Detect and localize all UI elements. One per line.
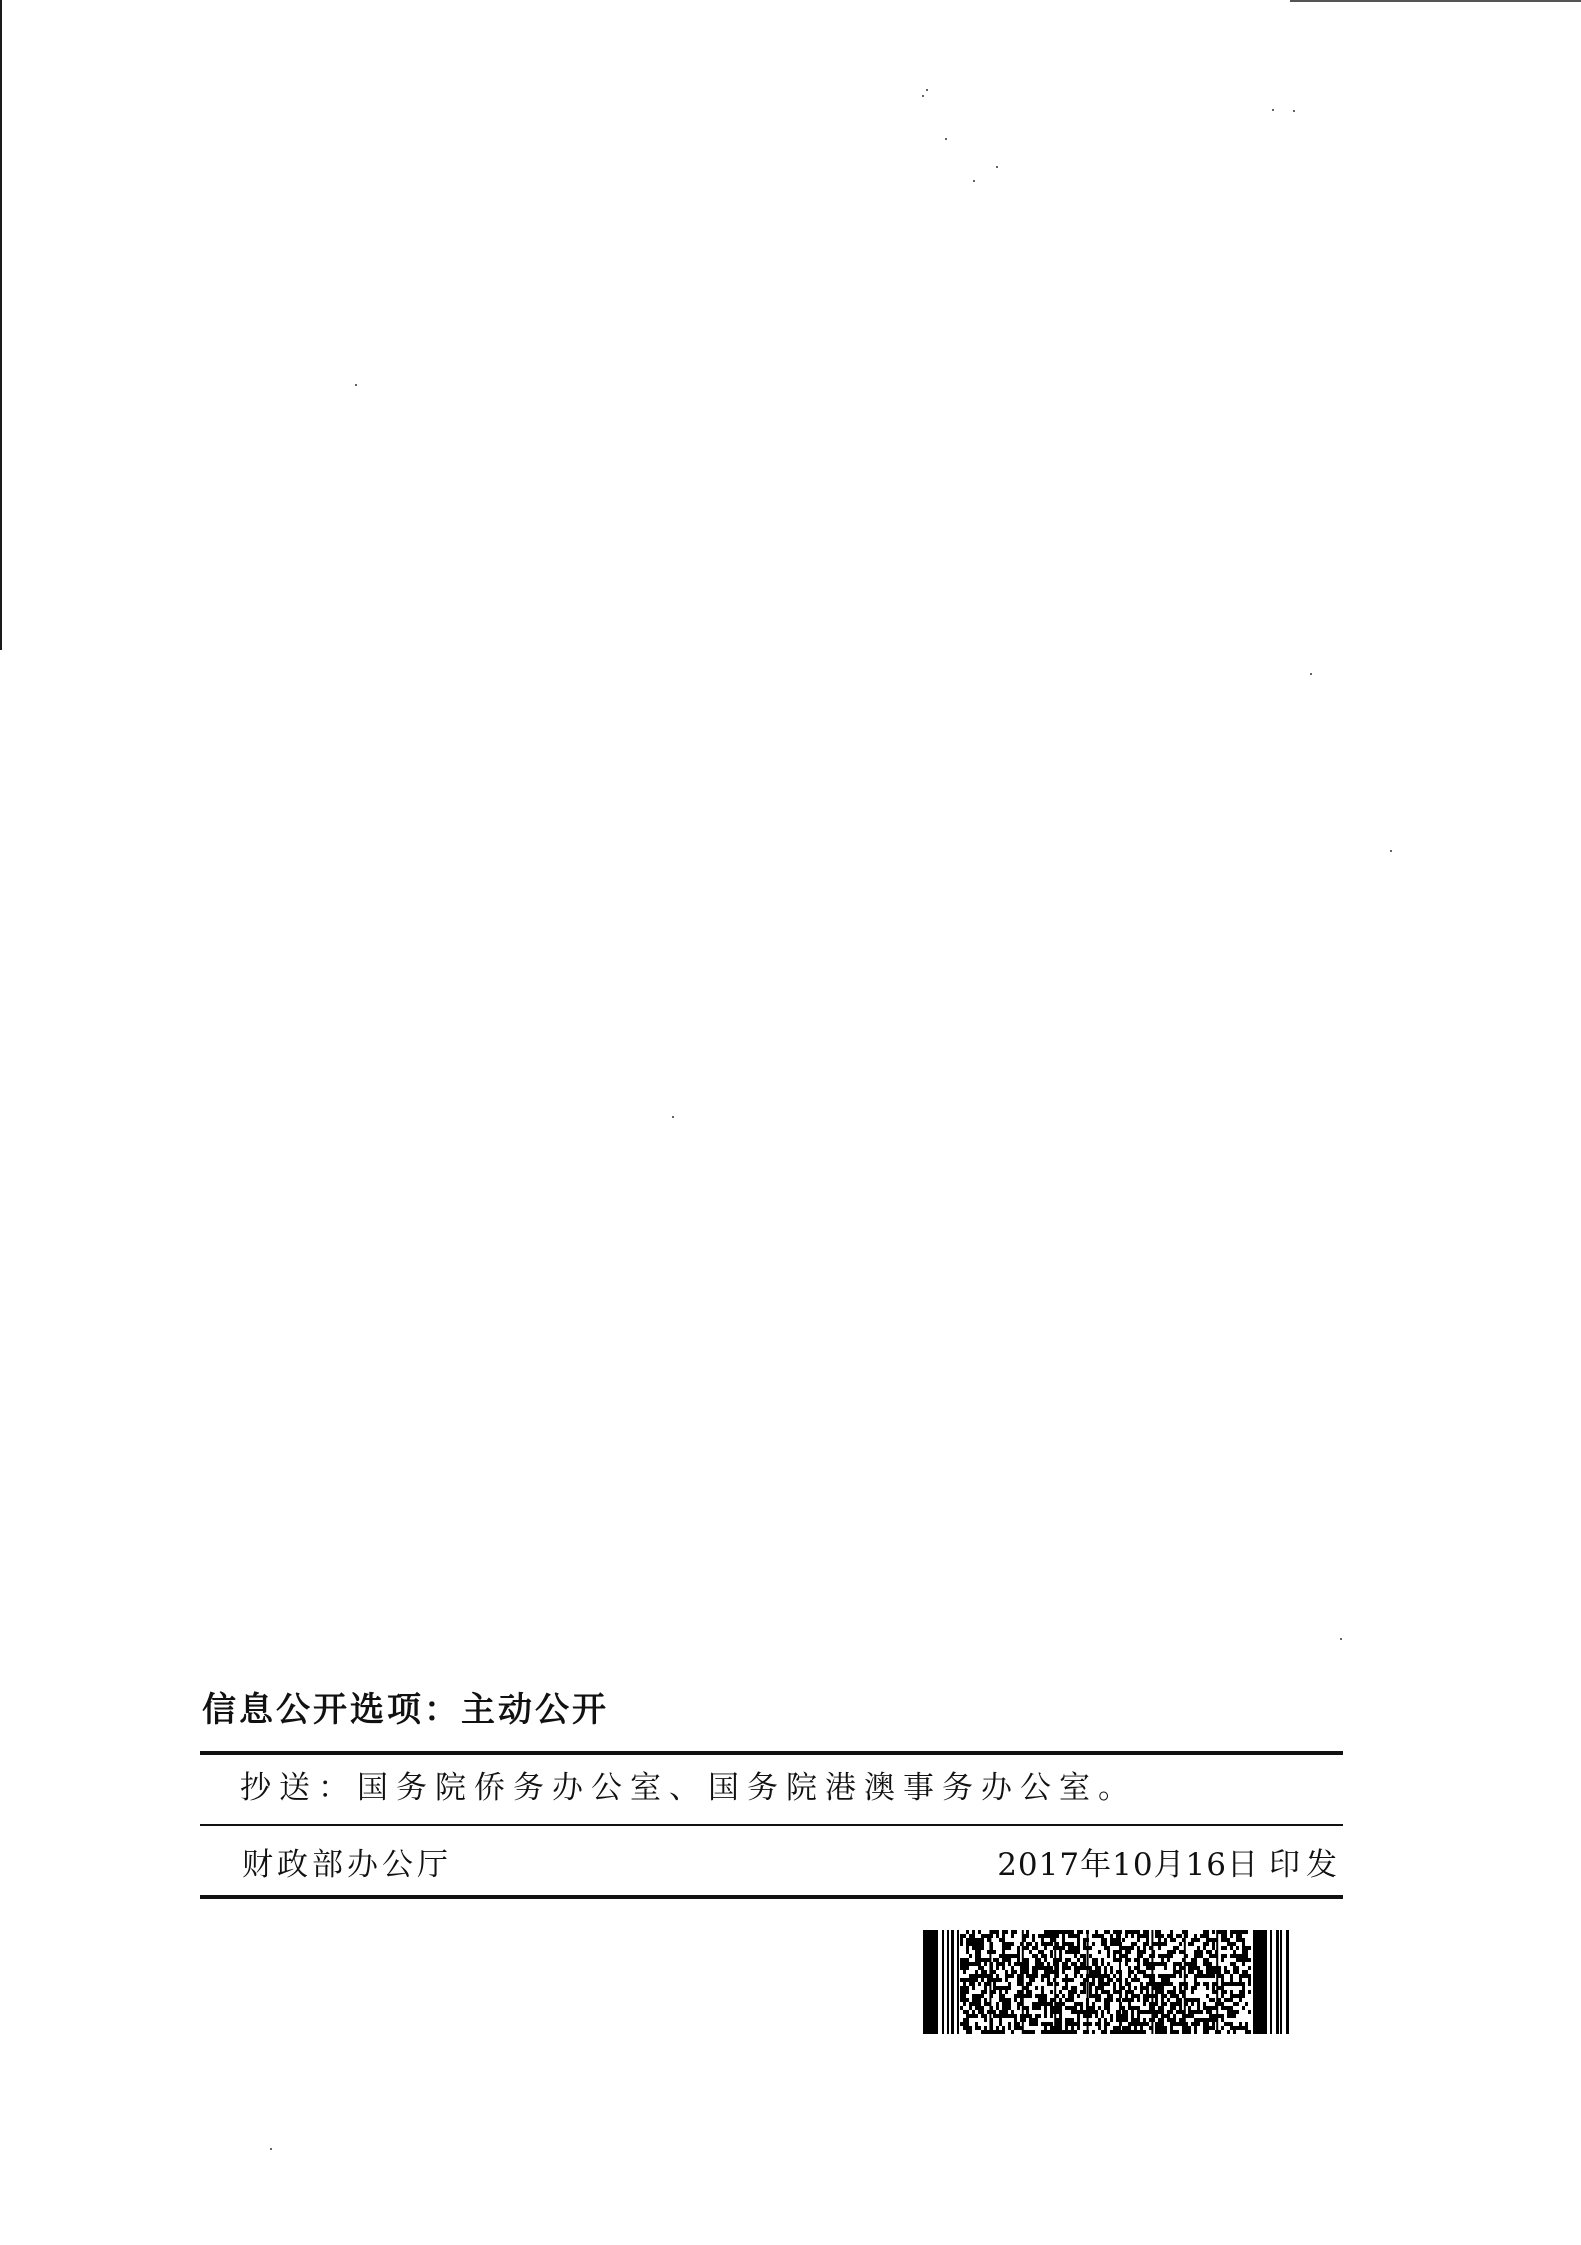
issuing-office: 财政部办公厅 bbox=[242, 1845, 452, 1885]
scan-speck bbox=[672, 1116, 674, 1118]
pdf417-barcode-icon bbox=[923, 1930, 1289, 2034]
issue-date-value: 2017年10月16日 bbox=[997, 1847, 1259, 1883]
scan-speck bbox=[945, 138, 947, 140]
scan-speck bbox=[1340, 1638, 1342, 1640]
issue-date-suffix: 印发 bbox=[1269, 1847, 1343, 1883]
scan-speck bbox=[270, 2148, 272, 2150]
scan-speck bbox=[996, 166, 998, 168]
scan-speck bbox=[1293, 110, 1295, 112]
divider-bottom bbox=[200, 1895, 1343, 1899]
scan-speck bbox=[926, 89, 928, 91]
scan-speck bbox=[922, 95, 924, 97]
scan-edge-line bbox=[0, 0, 2, 650]
info-disclosure-option: 信息公开选项：主动公开 bbox=[202, 1690, 609, 1730]
scan-speck bbox=[973, 180, 975, 182]
divider-top bbox=[200, 1751, 1343, 1755]
divider-middle bbox=[200, 1824, 1343, 1826]
scan-speck bbox=[1272, 109, 1274, 111]
scan-speck bbox=[1390, 850, 1392, 852]
issue-date: 2017年10月16日印发 bbox=[997, 1845, 1343, 1885]
cc-recipients: 抄送：国务院侨务办公室、国务院港澳事务办公室。 bbox=[240, 1768, 1137, 1808]
document-page: 信息公开选项：主动公开 抄送：国务院侨务办公室、国务院港澳事务办公室。 财政部办… bbox=[0, 0, 1581, 2245]
scan-speck bbox=[355, 384, 357, 386]
scan-speck bbox=[1310, 673, 1312, 675]
scan-edge-line bbox=[1290, 0, 1581, 2]
